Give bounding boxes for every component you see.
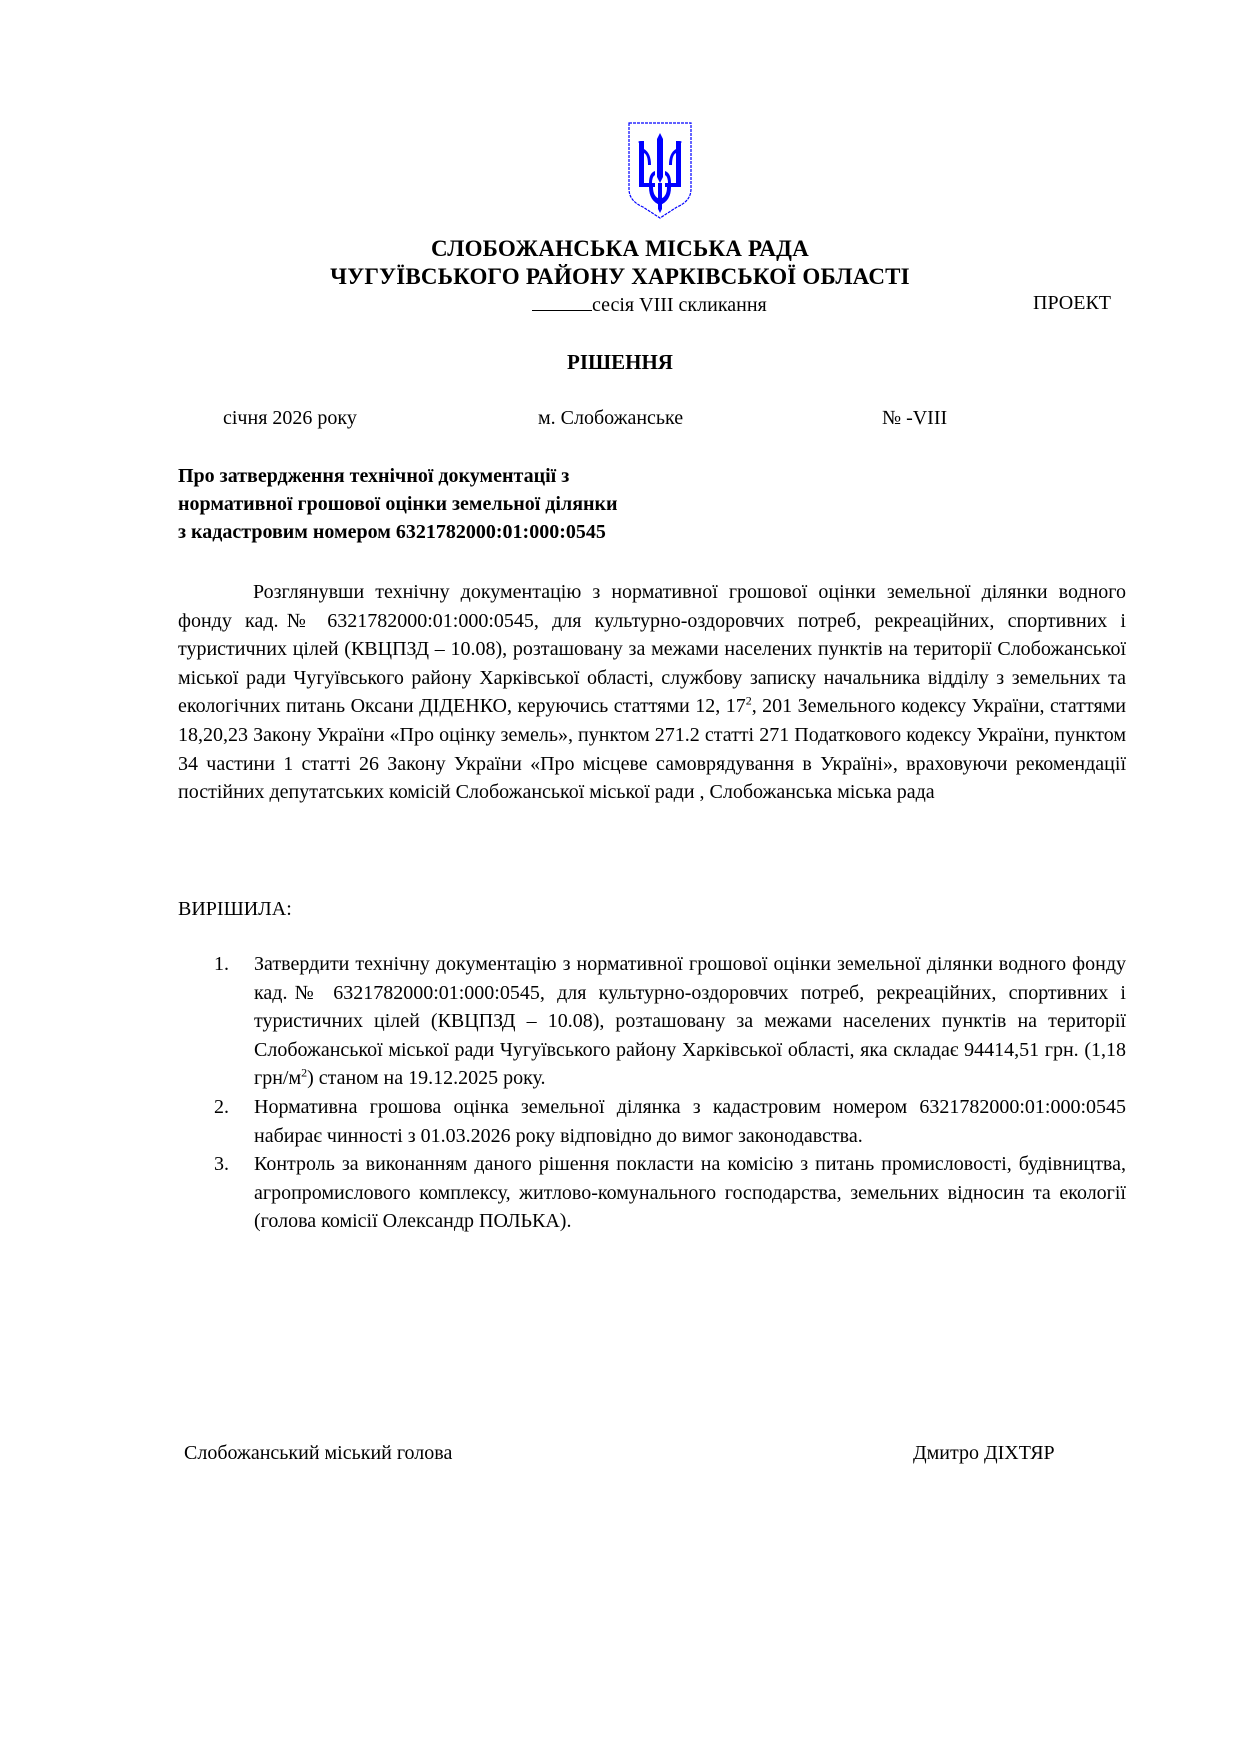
signatory-title: Слобожанський міський голова xyxy=(184,1442,452,1465)
draft-status: ПРОЕКТ xyxy=(1033,292,1111,315)
resolution-item: 3. Контроль за виконанням даного рішення… xyxy=(214,1150,1126,1236)
preamble-paragraph: Розглянувши технічну документацію з норм… xyxy=(178,578,1126,807)
session-number-blank xyxy=(532,292,592,311)
decision-subject: Про затвердження технічної документації … xyxy=(178,462,738,546)
subject-line: з кадастровим номером 6321782000:01:000:… xyxy=(178,518,738,546)
council-name: СЛОБОЖАНСЬКА МІСЬКА РАДА xyxy=(0,236,1240,262)
session-line: сесія VIII скликання xyxy=(532,292,767,317)
resolution-item: 1. Затвердити технічну документацію з но… xyxy=(214,950,1126,1093)
coat-of-arms-icon xyxy=(627,121,693,220)
resolution-items: 1. Затвердити технічну документацію з но… xyxy=(214,950,1126,1236)
decision-city: м. Слобожанське xyxy=(538,407,683,430)
district-name: ЧУГУЇВСЬКОГО РАЙОНУ ХАРКІВСЬКОЇ ОБЛАСТІ xyxy=(0,264,1240,290)
resolution-item: 2. Нормативна грошова оцінка земельної д… xyxy=(214,1093,1126,1150)
decision-date: січня 2026 року xyxy=(223,407,357,430)
subject-line: нормативної грошової оцінки земельної ді… xyxy=(178,490,738,518)
resolved-label: ВИРІШИЛА: xyxy=(178,898,292,921)
session-label: сесія VIII скликання xyxy=(592,294,767,316)
decision-number: № -VIII xyxy=(882,407,947,430)
signatory-name: Дмитро ДІХТЯР xyxy=(913,1442,1055,1465)
subject-line: Про затвердження технічної документації … xyxy=(178,462,738,490)
document-title: РІШЕННЯ xyxy=(0,350,1240,375)
